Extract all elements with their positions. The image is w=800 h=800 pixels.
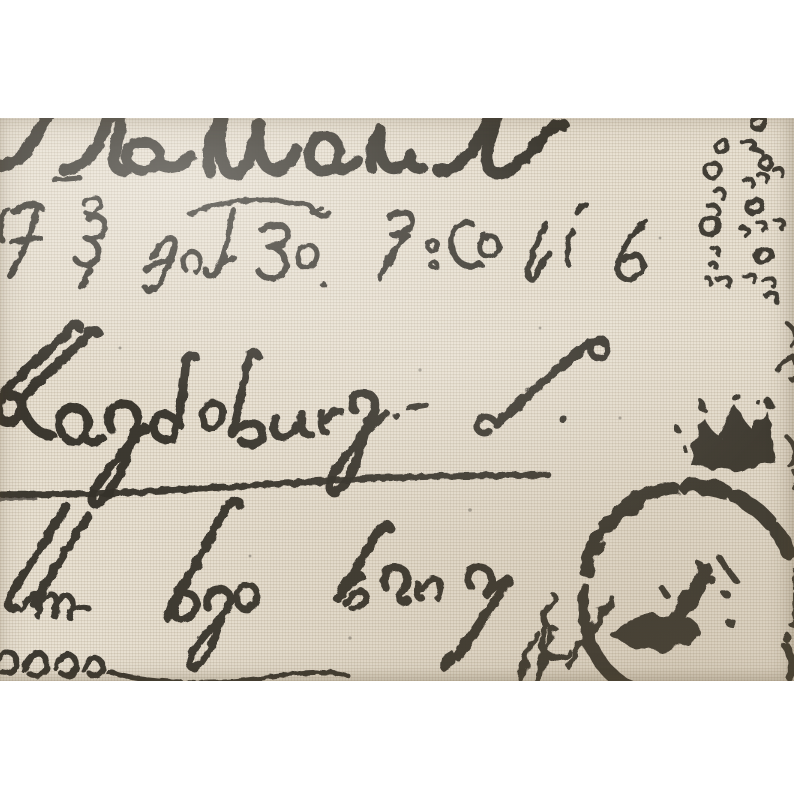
edge-shadow — [0, 118, 794, 681]
page-background — [0, 0, 800, 800]
fabric-photo — [0, 118, 794, 681]
